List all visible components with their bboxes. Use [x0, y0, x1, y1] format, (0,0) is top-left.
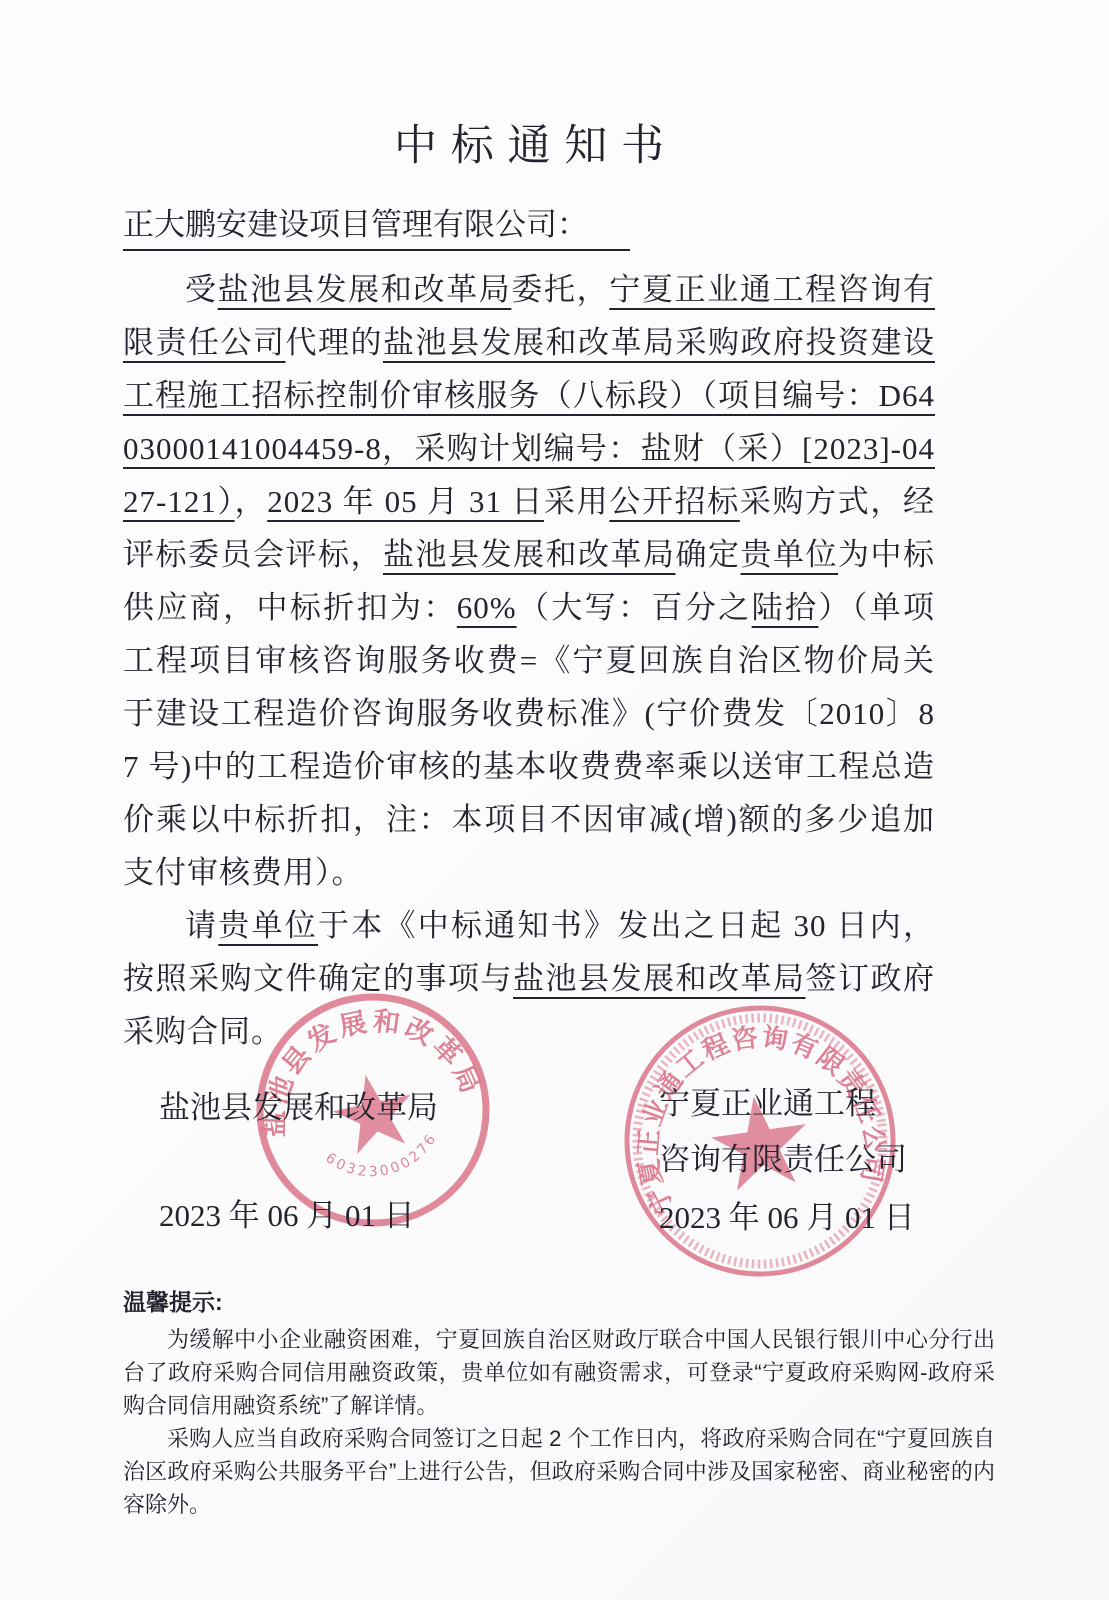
text-run: 代理的 [286, 325, 384, 360]
signature-area: 盐池县发展和改革局 60323000276 宁夏正业通工程咨询有限责任公司 [123, 1058, 935, 1270]
text-run: 公开招标 [609, 484, 740, 519]
text-run: 确定 [676, 537, 741, 572]
text-run: ， [235, 484, 268, 519]
text-run: 贵单位 [741, 537, 839, 572]
award-notice-document: 中标通知书 正大鹏安建设项目管理有限公司： 受盐池县发展和改革局委托，宁夏正业通… [123, 112, 935, 1521]
text-run: ）（单项工程项目审核咨询服务收费=《宁夏回族自治区物价局关于建设工程造价咨询服务… [123, 590, 935, 890]
text-run: 2023 年 05 月 31 日 [267, 484, 544, 519]
agency-sign-date: 2023 年 06 月 01 日 [659, 1192, 915, 1237]
text-run: 60% [457, 590, 517, 625]
text-run: 请 [185, 908, 218, 943]
issuer-org-name: 盐池县发展和改革局 [159, 1082, 438, 1127]
svg-text:60323000276: 60323000276 [320, 1127, 446, 1191]
text-run: 受 [185, 272, 218, 307]
text-run: 采用 [544, 484, 609, 519]
issuer-sign-date: 2023 年 06 月 01 日 [159, 1190, 415, 1235]
notice-footer: 温馨提示: 为缓解中小企业融资困难，宁夏回族自治区财政厅联合中国人民银行银川中心… [123, 1284, 995, 1521]
addressee-line: 正大鹏安建设项目管理有限公司： [123, 199, 935, 251]
agency-org-name-line2: 咨询有限责任公司 [659, 1134, 907, 1179]
footer-paragraph-1: 为缓解中小企业融资困难，宁夏回族自治区财政厅联合中国人民银行银川中心分行出台了政… [123, 1323, 995, 1422]
text-run: 盐池县发展和改革局 [218, 272, 512, 307]
text-run: 盐池县发展和改革局 [513, 961, 806, 996]
scanned-document-page: 中标通知书 正大鹏安建设项目管理有限公司： 受盐池县发展和改革局委托，宁夏正业通… [0, 0, 1109, 1600]
body-paragraph-1: 受盐池县发展和改革局委托，宁夏正业通工程咨询有限责任公司代理的盐池县发展和改革局… [123, 263, 935, 899]
agency-org-name-line1: 宁夏正业通工程 [659, 1078, 876, 1123]
text-run: 贵单位 [218, 908, 318, 943]
body-paragraph-2: 请贵单位于本《中标通知书》发出之日起 30 日内，按照采购文件确定的事项与盐池县… [123, 899, 935, 1058]
text-run: 陆拾 [752, 590, 819, 625]
addressee-name: 正大鹏安建设项目管理有限公司： [123, 199, 630, 251]
text-run: （大写：百分之 [517, 590, 752, 625]
footer-paragraph-2: 采购人应当自政府采购合同签订之日起 2 个工作日内，将政府采购合同在“宁夏回族自… [123, 1422, 995, 1521]
seal-left-code: 60323000276 [320, 1127, 446, 1191]
text-run: 盐池县发展和改革局 [383, 537, 676, 572]
document-title: 中标通知书 [123, 112, 935, 173]
footer-label: 温馨提示: [123, 1284, 995, 1317]
text-run: 委托， [511, 272, 609, 307]
